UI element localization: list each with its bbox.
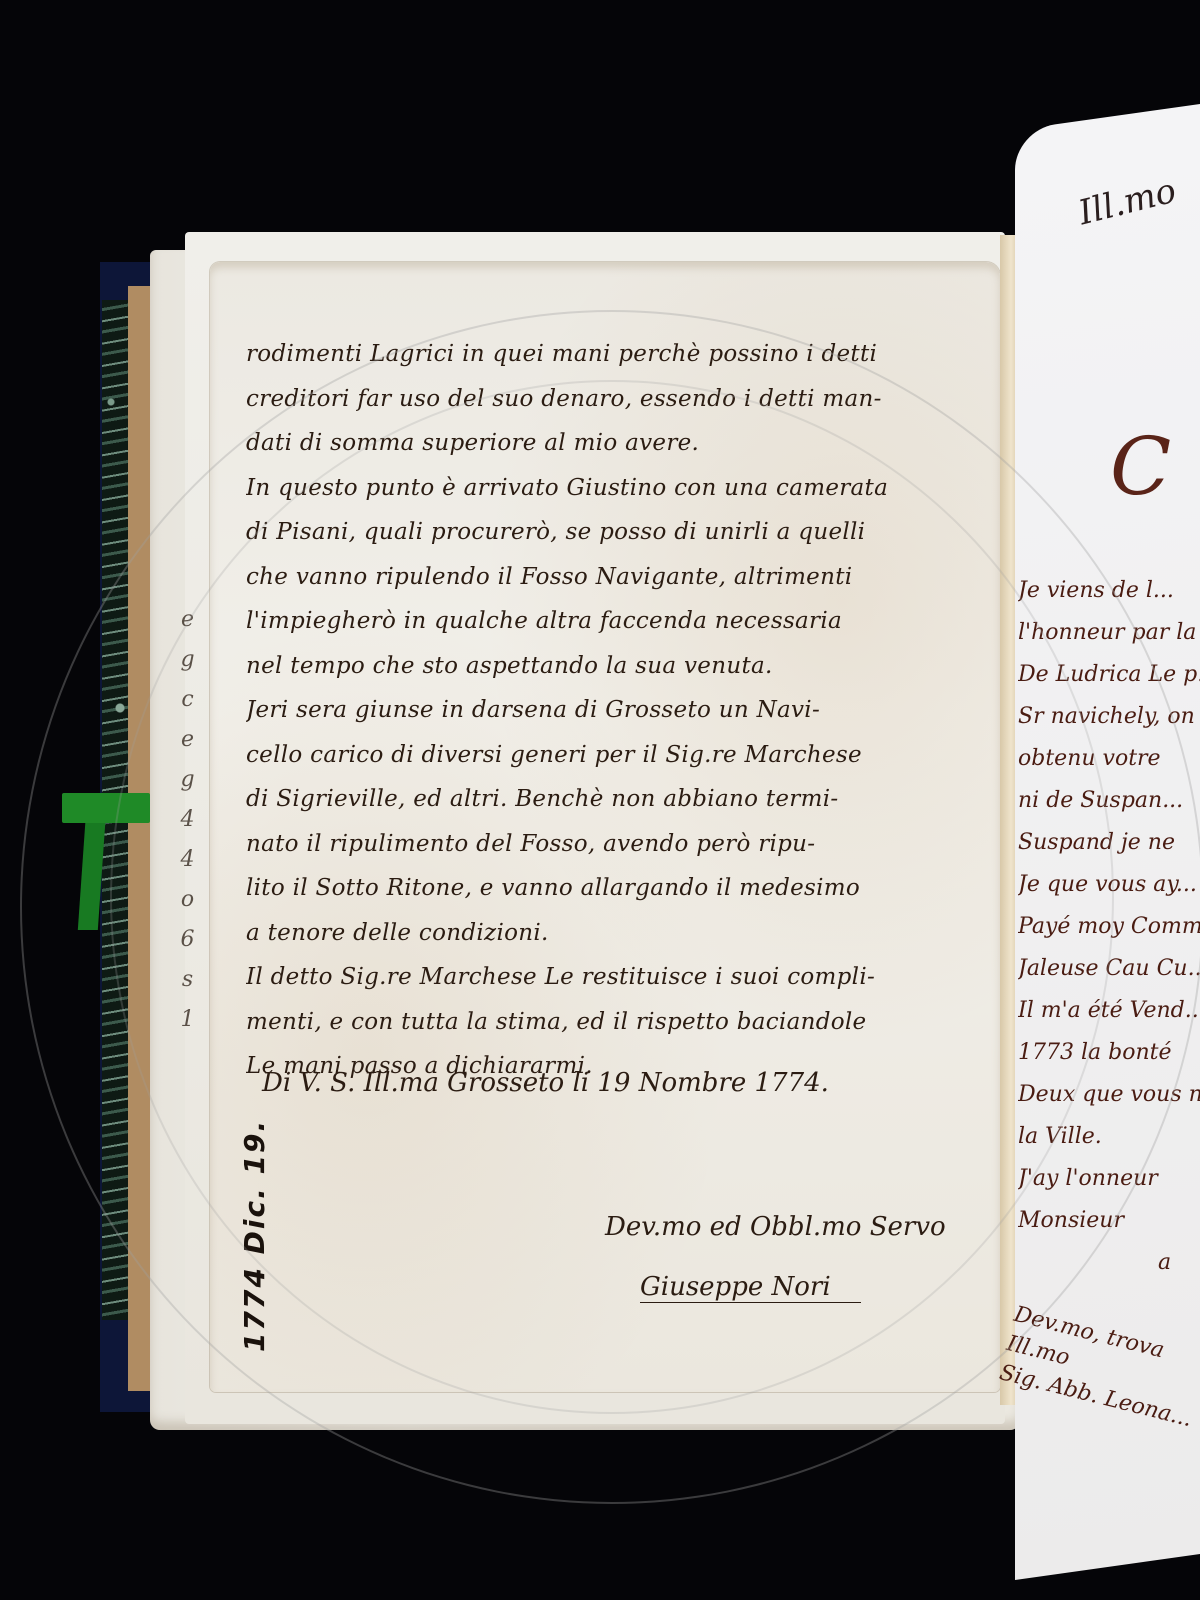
letter-line: rodimenti Lagrici in quei mani perchè po…	[246, 332, 986, 377]
facing-line: a	[1018, 1242, 1200, 1284]
facing-line: Deux que vous n...	[1018, 1074, 1200, 1116]
facing-line: obtenu votre	[1018, 738, 1200, 780]
facing-line: Monsieur	[1018, 1200, 1200, 1242]
letter-line: cello carico di diversi generi per il Si…	[246, 733, 986, 778]
archival-date-annotation: 1774 Dic. 19.	[238, 1119, 271, 1352]
facing-line: la Ville.	[1018, 1116, 1200, 1158]
facing-line: l'honneur par la	[1018, 612, 1200, 654]
facing-line: Suspand je ne	[1018, 822, 1200, 864]
letter-page: rodimenti Lagrici in quei mani perchè po…	[210, 262, 1000, 1392]
facing-line: ni de Suspan...	[1018, 780, 1200, 822]
green-ribbon-tie	[62, 793, 150, 823]
margin-fragment: 4	[160, 800, 215, 840]
margin-fragment: e	[160, 600, 215, 640]
facing-line: 1773 la bonté	[1018, 1032, 1200, 1074]
letter-line: l'impiegherò in qualche altra faccenda n…	[246, 599, 986, 644]
letter-date-line: Di V. S. Ill.ma Grosseto li 19 Nombre 17…	[262, 1068, 829, 1098]
facing-line: Je viens de l...	[1018, 570, 1200, 612]
margin-fragment: e	[160, 720, 215, 760]
letter-line: di Sigrieville, ed altri. Benchè non abb…	[246, 777, 986, 822]
letter-line: nel tempo che sto aspettando la sua venu…	[246, 644, 986, 689]
facing-line: J'ay l'onneur	[1018, 1158, 1200, 1200]
letter-line: Jeri sera giunse in darsena di Grosseto …	[246, 688, 986, 733]
facing-line: Jaleuse Cau Cu...	[1018, 948, 1200, 990]
letter-line: creditori far uso del suo denaro, essend…	[246, 377, 986, 422]
facing-line: De Ludrica Le p...	[1018, 654, 1200, 696]
margin-fragments: e g c e g 4 4 o 6 s 1	[160, 600, 215, 1360]
margin-fragment: s	[160, 960, 215, 1000]
margin-fragment: g	[160, 640, 215, 680]
letter-line: In questo punto è arrivato Giustino con …	[246, 466, 986, 511]
letter-valediction: Dev.mo ed Obbl.mo Servo	[605, 1212, 946, 1242]
margin-fragment: g	[160, 760, 215, 800]
facing-line: Payé moy Comm...	[1018, 906, 1200, 948]
margin-fragment: 6	[160, 920, 215, 960]
manuscript-photo: e g c e g 4 4 o 6 s 1 rodimenti Lagrici …	[0, 0, 1200, 1600]
margin-fragment: 4	[160, 840, 215, 880]
letter-line: lito il Sotto Ritone, e vanno allargando…	[246, 866, 986, 911]
letter-line: di Pisani, quali procurerò, se posso di …	[246, 510, 986, 555]
letter-line: a tenore delle condizioni.	[246, 911, 986, 956]
facing-line: Il m'a été Vend...	[1018, 990, 1200, 1032]
margin-fragment: c	[160, 680, 215, 720]
facing-line: Je que vous ay...	[1018, 864, 1200, 906]
facing-line: Sr navichely, on	[1018, 696, 1200, 738]
margin-fragment: 1	[160, 1000, 215, 1040]
facing-page-text: Je viens de l... l'honneur par la De Lud…	[1018, 570, 1200, 1284]
margin-fragment: o	[160, 880, 215, 920]
letter-body: rodimenti Lagrici in quei mani perchè po…	[246, 332, 986, 1089]
facing-page-initial: C	[1110, 420, 1171, 513]
letter-line: menti, e con tutta la stima, ed il rispe…	[246, 1000, 986, 1045]
letter-line: Il detto Sig.re Marchese Le restituisce …	[246, 955, 986, 1000]
letter-signature: Giuseppe Nori	[640, 1272, 861, 1303]
letter-line: nato il ripulimento del Fosso, avendo pe…	[246, 822, 986, 867]
letter-line: dati di somma superiore al mio avere.	[246, 421, 986, 466]
letter-line: che vanno ripulendo il Fosso Navigante, …	[246, 555, 986, 600]
